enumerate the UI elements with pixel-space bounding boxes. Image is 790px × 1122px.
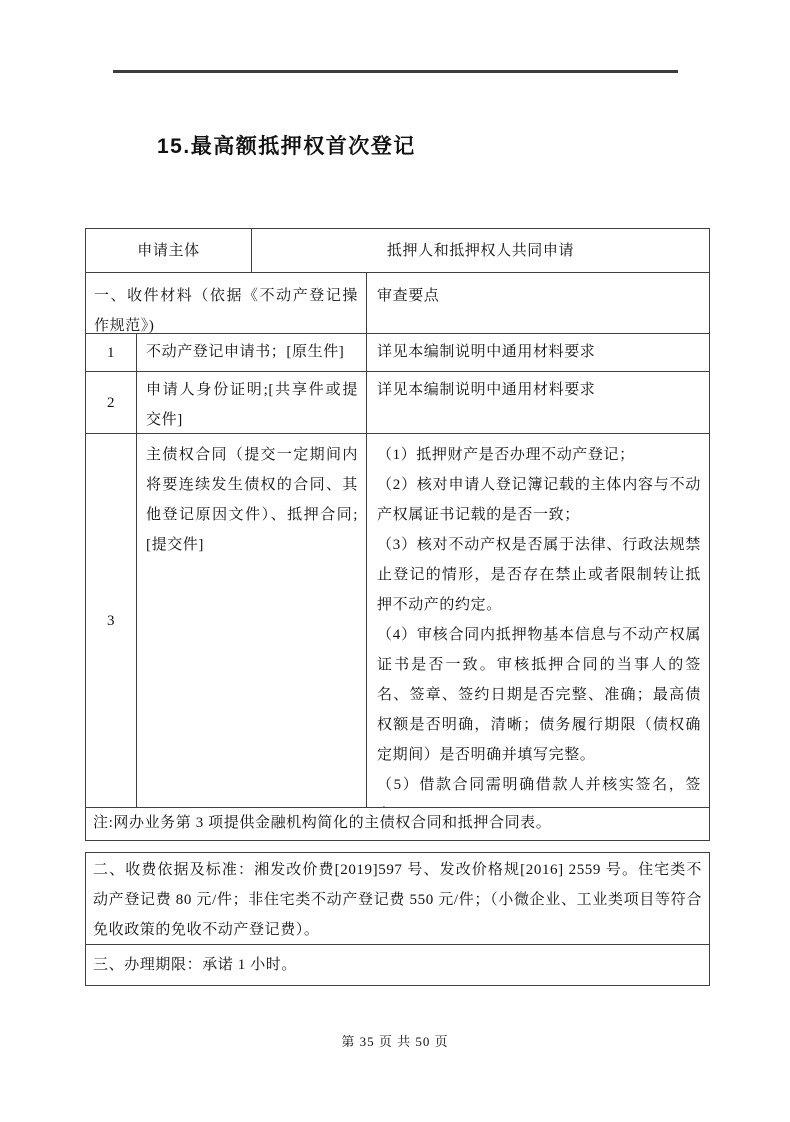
materials-heading-cell: 一、收件材料（依据《不动产登记操作规范》): [86, 273, 366, 333]
fee-row: 二、收费依据及标准：湘发改价费[2019]597 号、发改价格规[2016] 2…: [86, 853, 709, 944]
table-row: 3 主债权合同（提交一定期间内将要连续发生债权的合同、其他登记原因文件）、抵押合…: [86, 433, 709, 807]
row-number: 1: [86, 334, 136, 371]
applicant-value-cell: 抵押人和抵押权人共同申请: [251, 229, 709, 272]
table-row: 1 不动产登记申请书；[原生件] 详见本编制说明中通用材料要求: [86, 333, 709, 371]
page-title: 15.最高额抵押权首次登记: [157, 130, 416, 160]
fee-cell: 二、收费依据及标准：湘发改价费[2019]597 号、发改价格规[2016] 2…: [86, 853, 709, 944]
deadline-cell: 三、办理期限：承诺 1 小时。: [86, 945, 709, 985]
note-cell: 注:网办业务第 3 项提供金融机构简化的主债权合同和抵押合同表。: [86, 808, 709, 840]
row-number: 2: [86, 372, 136, 433]
review-point: （5）借款合同需明确借款人并核实签名，签章。: [377, 770, 701, 807]
material-cell: 不动产登记申请书；[原生件]: [136, 334, 366, 371]
review-heading-cell: 审查要点: [366, 273, 709, 333]
review-point: （2）核对申请人登记簿记载的主体内容与不动产权属证书记载的是否一致；: [377, 470, 701, 530]
section-heading-row: 一、收件材料（依据《不动产登记操作规范》) 审查要点: [86, 272, 709, 333]
material-cell: 申请人身份证明;[共享件或提交件]: [136, 372, 366, 433]
deadline-row: 三、办理期限：承诺 1 小时。: [86, 944, 709, 985]
applicant-label-cell: 申请主体: [86, 229, 251, 272]
document-page: 15.最高额抵押权首次登记 申请主体 抵押人和抵押权人共同申请 一、收件材料（依…: [0, 0, 790, 1122]
review-point: （1）抵押财产是否办理不动产登记；: [377, 440, 701, 470]
page-number: 第 35 页 共 50 页: [0, 1031, 790, 1050]
table-row: 2 申请人身份证明;[共享件或提交件] 详见本编制说明中通用材料要求: [86, 371, 709, 433]
applicant-row: 申请主体 抵押人和抵押权人共同申请: [86, 229, 709, 272]
header-rule: [113, 70, 678, 73]
registration-info-table: 申请主体 抵押人和抵押权人共同申请 一、收件材料（依据《不动产登记操作规范》) …: [85, 228, 710, 841]
review-cell: 详见本编制说明中通用材料要求: [366, 372, 709, 433]
fee-deadline-table: 二、收费依据及标准：湘发改价费[2019]597 号、发改价格规[2016] 2…: [85, 852, 710, 986]
row-number: 3: [86, 434, 136, 807]
review-point: （4）审核合同内抵押物基本信息与不动产权属证书是否一致。审核抵押合同的当事人的签…: [377, 620, 701, 770]
note-row: 注:网办业务第 3 项提供金融机构简化的主债权合同和抵押合同表。: [86, 807, 709, 840]
review-cell: （1）抵押财产是否办理不动产登记； （2）核对申请人登记簿记载的主体内容与不动产…: [366, 434, 709, 807]
review-point: （3）核对不动产权是否属于法律、行政法规禁止登记的情形，是否存在禁止或者限制转让…: [377, 530, 701, 620]
material-cell: 主债权合同（提交一定期间内将要连续发生债权的合同、其他登记原因文件）、抵押合同;…: [136, 434, 366, 807]
review-cell: 详见本编制说明中通用材料要求: [366, 334, 709, 371]
